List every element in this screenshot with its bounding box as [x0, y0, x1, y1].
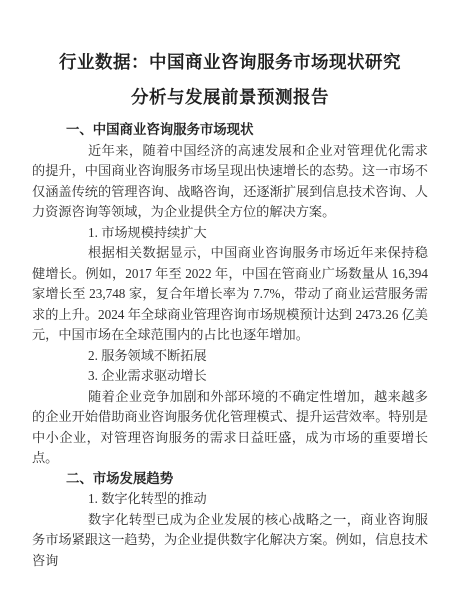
paragraph: 根据相关数据显示，中国商业咨询服务市场近年来保持稳健增长。例如，2017 年至 …	[32, 243, 428, 346]
document-title-line-1: 行业数据：中国商业咨询服务市场现状研究	[32, 45, 428, 80]
document-page: 行业数据：中国商业咨询服务市场现状研究 分析与发展前景预测报告 一、中国商业咨询…	[0, 0, 463, 600]
paragraph: 数字化转型已成为企业发展的核心战略之一，商业咨询服务市场紧跟这一趋势，为企业提供…	[32, 510, 428, 572]
list-item: 3. 企业需求驱动增长	[32, 366, 428, 387]
paragraph: 随着企业竞争加剧和外部环境的不确定性增加，越来越多的企业开始借助商业咨询服务优化…	[32, 387, 428, 469]
document-title: 行业数据：中国商业咨询服务市场现状研究 分析与发展前景预测报告	[32, 45, 428, 115]
list-item: 2. 服务领域不断拓展	[32, 346, 428, 367]
list-item: 1. 数字化转型的推动	[32, 489, 428, 510]
document-title-line-2: 分析与发展前景预测报告	[32, 80, 428, 115]
paragraph: 近年来，随着中国经济的高速发展和企业对管理优化需求的提升，中国商业咨询服务市场呈…	[32, 141, 428, 223]
list-item: 1. 市场规模持续扩大	[32, 223, 428, 244]
section-heading: 一、中国商业咨询服务市场现状	[32, 120, 428, 141]
section-heading: 二、市场发展趋势	[32, 469, 428, 490]
document-body: 一、中国商业咨询服务市场现状近年来，随着中国经济的高速发展和企业对管理优化需求的…	[32, 120, 428, 571]
